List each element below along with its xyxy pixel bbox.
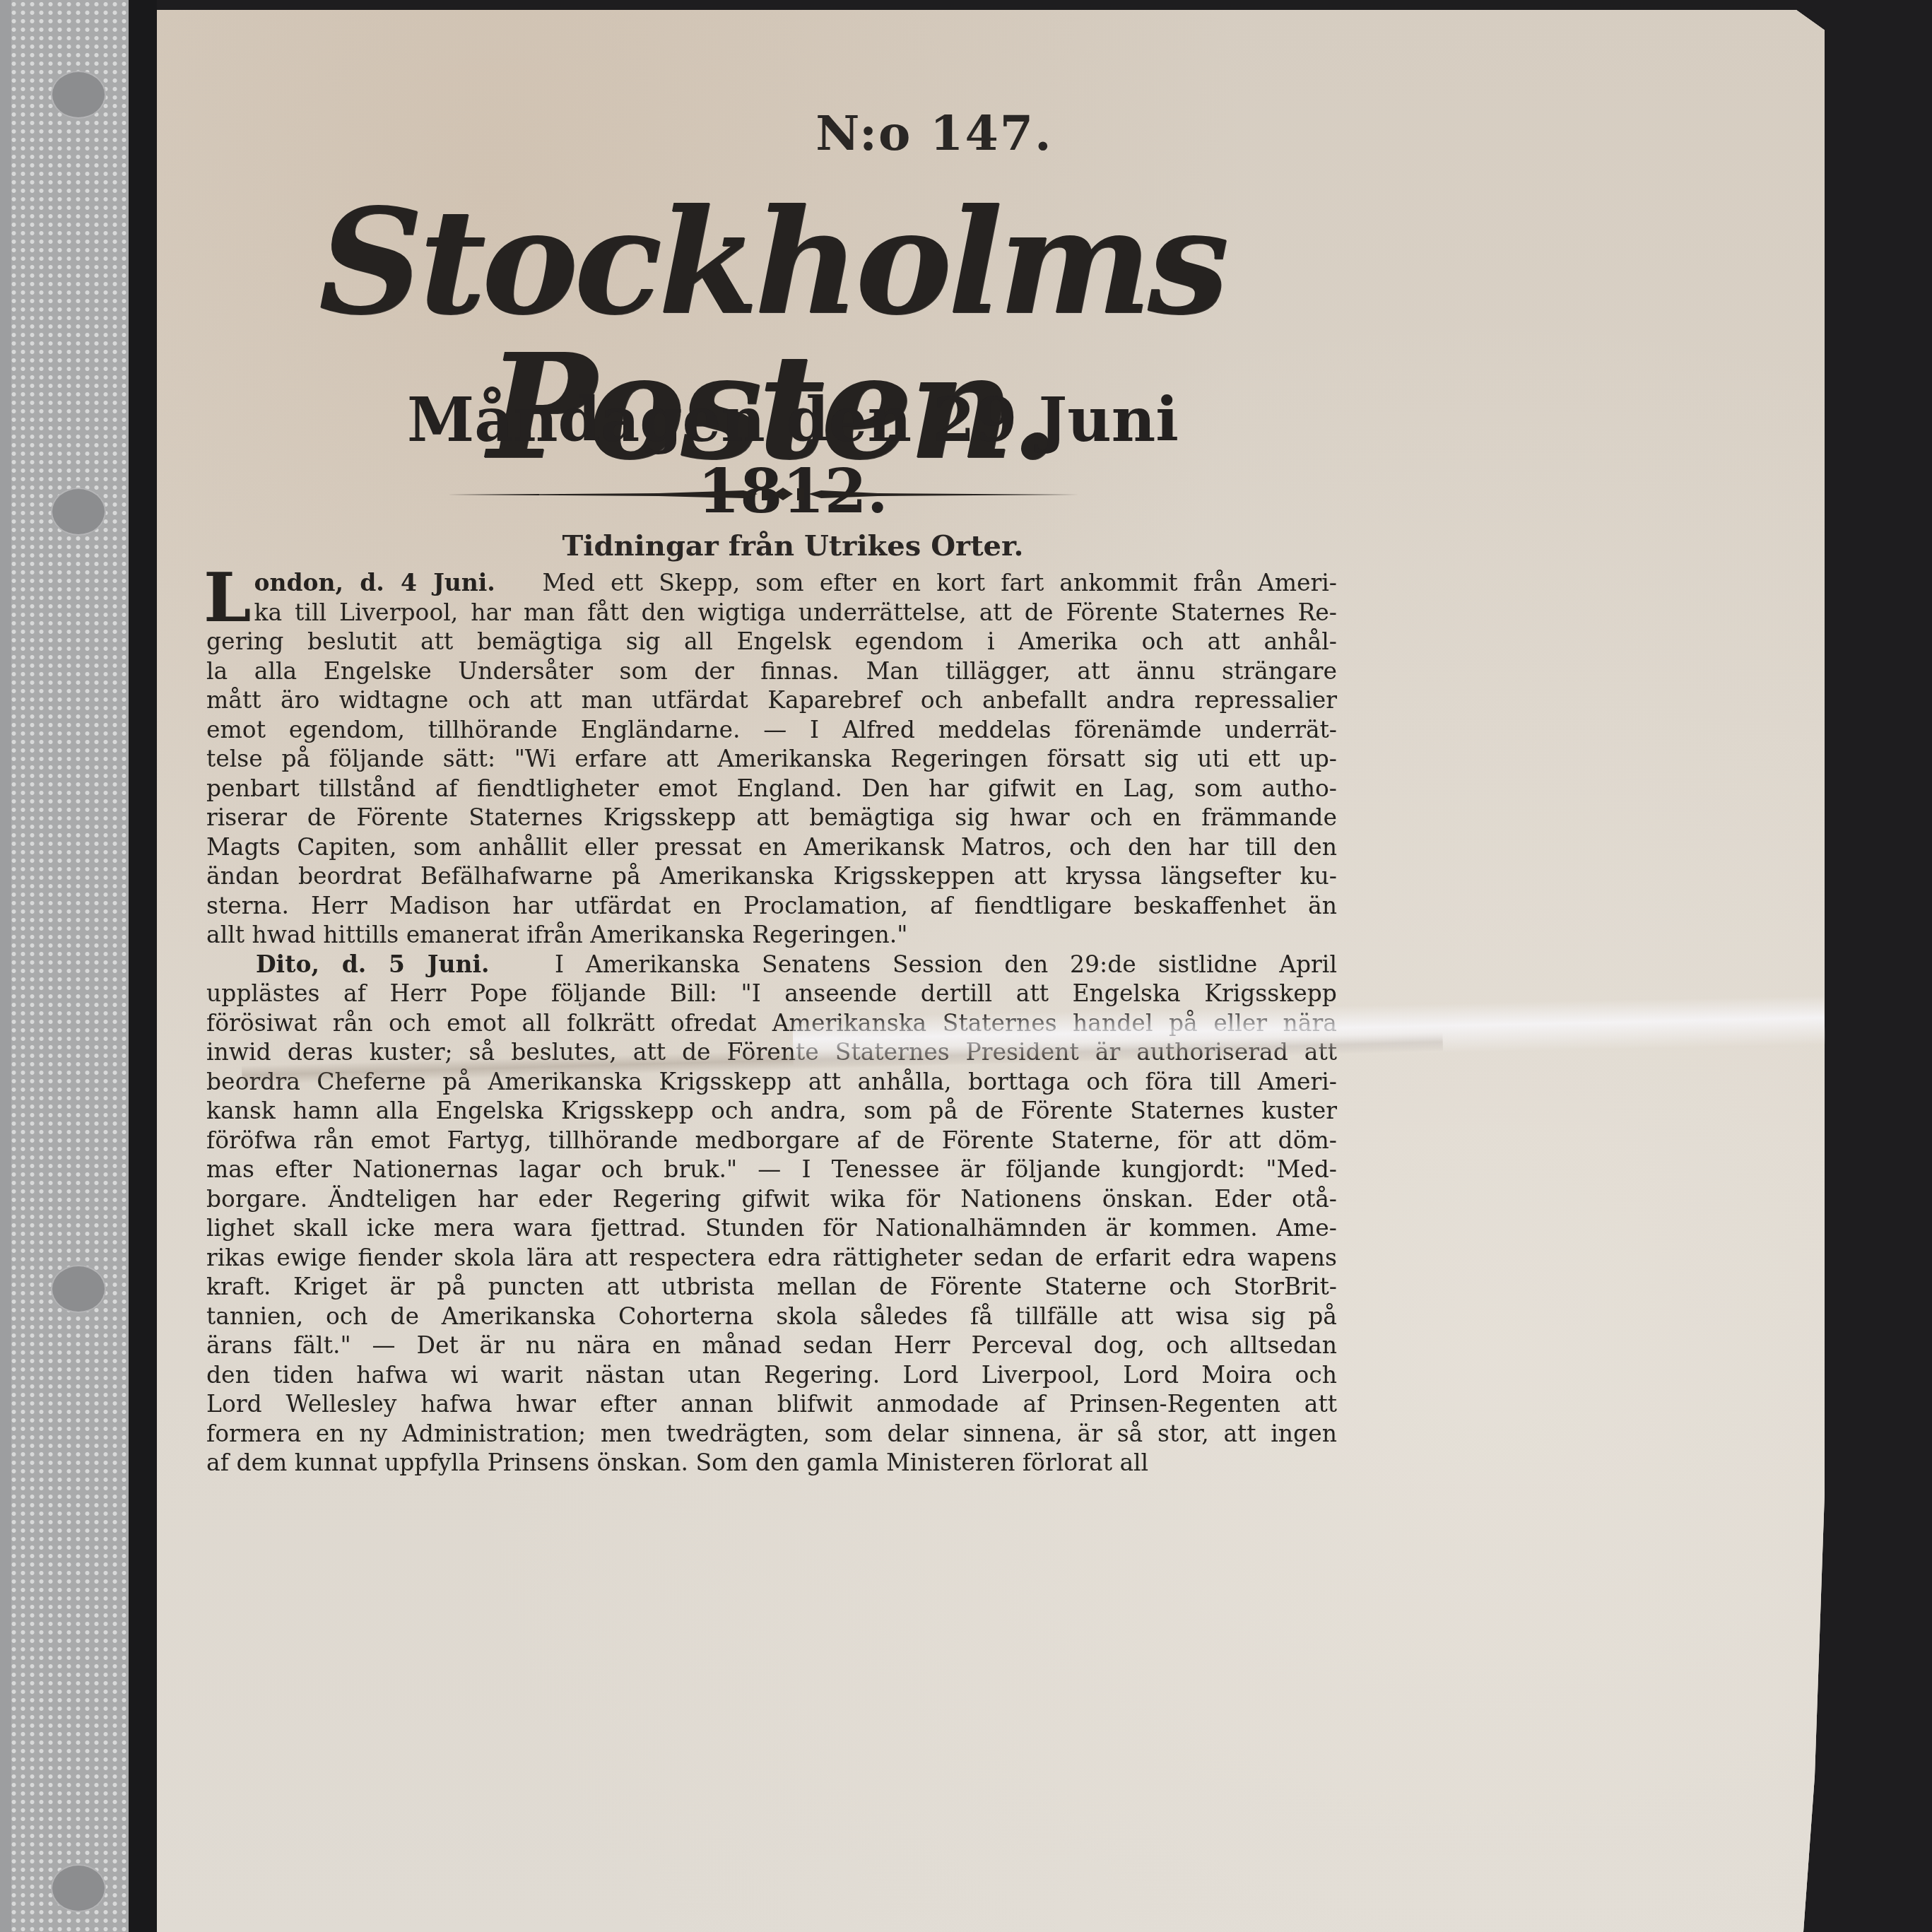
article-line: förösiwat rån och emot all folkrätt ofre… (206, 1008, 1337, 1038)
article-line: föröfwa rån emot Fartyg, tillhörande med… (206, 1126, 1337, 1155)
article-line: sterna. Herr Madison har utfärdat en Pro… (206, 891, 1337, 921)
article-body: L ondon, d. 4 Juni. Med ett Skepp, som e… (206, 568, 1337, 1478)
article-line: af dem kunnat uppfylla Prinsens önskan. … (206, 1448, 1337, 1478)
article-line: emot egendom, tillhörande Engländarne. —… (206, 715, 1337, 745)
article-line: inwid deras kuster; så beslutes, att de … (206, 1037, 1337, 1067)
article-line: la alla Engelske Undersåter som der finn… (206, 656, 1337, 686)
article-line: mått äro widtagne och att man utfärdat K… (206, 685, 1337, 715)
article-dateline: Dito, d. 5 Juni. (256, 950, 489, 978)
newspaper-page: N:o 147. Stockholms Posten. Måndagen den… (157, 10, 1825, 1932)
punch-hole (51, 1265, 106, 1313)
article-line: Med ett Skepp, som efter en kort fart an… (542, 569, 1337, 596)
article-line: mas efter Nationernas lagar och bruk." —… (206, 1155, 1337, 1184)
article-line: gering beslutit att bemägtiga sig all En… (206, 627, 1337, 656)
ornamental-rule-icon (447, 483, 1090, 505)
article-line: kraft. Kriget är på puncten att utbrista… (206, 1272, 1337, 1302)
section-heading: Tidningar från Utrikes Orter. (369, 529, 1217, 562)
article-line: beordra Cheferne på Amerikanska Krigsske… (206, 1067, 1337, 1097)
punch-hole (51, 488, 106, 536)
punch-hole (51, 1864, 106, 1912)
article-line: rikas ewige fiender skola lära att respe… (206, 1243, 1337, 1273)
article-line: allt hwad hittills emanerat ifrån Amerik… (206, 920, 1337, 950)
article-line: borgare. Ändteligen har eder Regering gi… (206, 1184, 1337, 1214)
article-line: I Amerikanska Senatens Session den 29:de… (555, 950, 1337, 978)
article-line: ärans fält." — Det är nu nära en månad s… (206, 1331, 1337, 1360)
article-line: tannien, och de Amerikanska Cohorterna s… (206, 1302, 1337, 1331)
sleeve-edge (0, 0, 11, 1932)
article-dateline: ondon, d. 4 Juni. (254, 569, 495, 596)
article-line: upplästes af Herr Pope följande Bill: "I… (206, 979, 1337, 1008)
issue-number: N:o 147. (687, 105, 1182, 162)
article-line: lighet skall icke mera wara fjettrad. St… (206, 1213, 1337, 1243)
punch-hole (51, 71, 106, 119)
article-line: den tiden hafwa wi warit nästan utan Reg… (206, 1360, 1337, 1390)
article-line: Magts Capiten, som anhållit eller pressa… (206, 832, 1337, 862)
article-line: kansk hamn alla Engelska Krigsskepp och … (206, 1096, 1337, 1126)
article-line: penbart tillstånd af fiendtligheter emot… (206, 774, 1337, 803)
article-line: telse på följande sätt: "Wi erfare att A… (206, 744, 1337, 774)
article-line: ka till Liverpool, har man fått den wigt… (254, 598, 1338, 628)
article-line: Lord Wellesley hafwa hwar efter annan bl… (206, 1389, 1337, 1419)
plastic-sleeve-strip (0, 0, 129, 1932)
drop-cap: L (204, 570, 252, 626)
dateline: Måndagen den 29 Juni 1812. (369, 384, 1217, 527)
article-line: riserar de Förente Staternes Krigsskepp … (206, 803, 1337, 832)
article-line: ändan beordrat Befälhafwarne på Amerikan… (206, 861, 1337, 891)
article-line: formera en ny Administration; men twedrä… (206, 1419, 1337, 1449)
binder-bar (129, 0, 157, 1932)
